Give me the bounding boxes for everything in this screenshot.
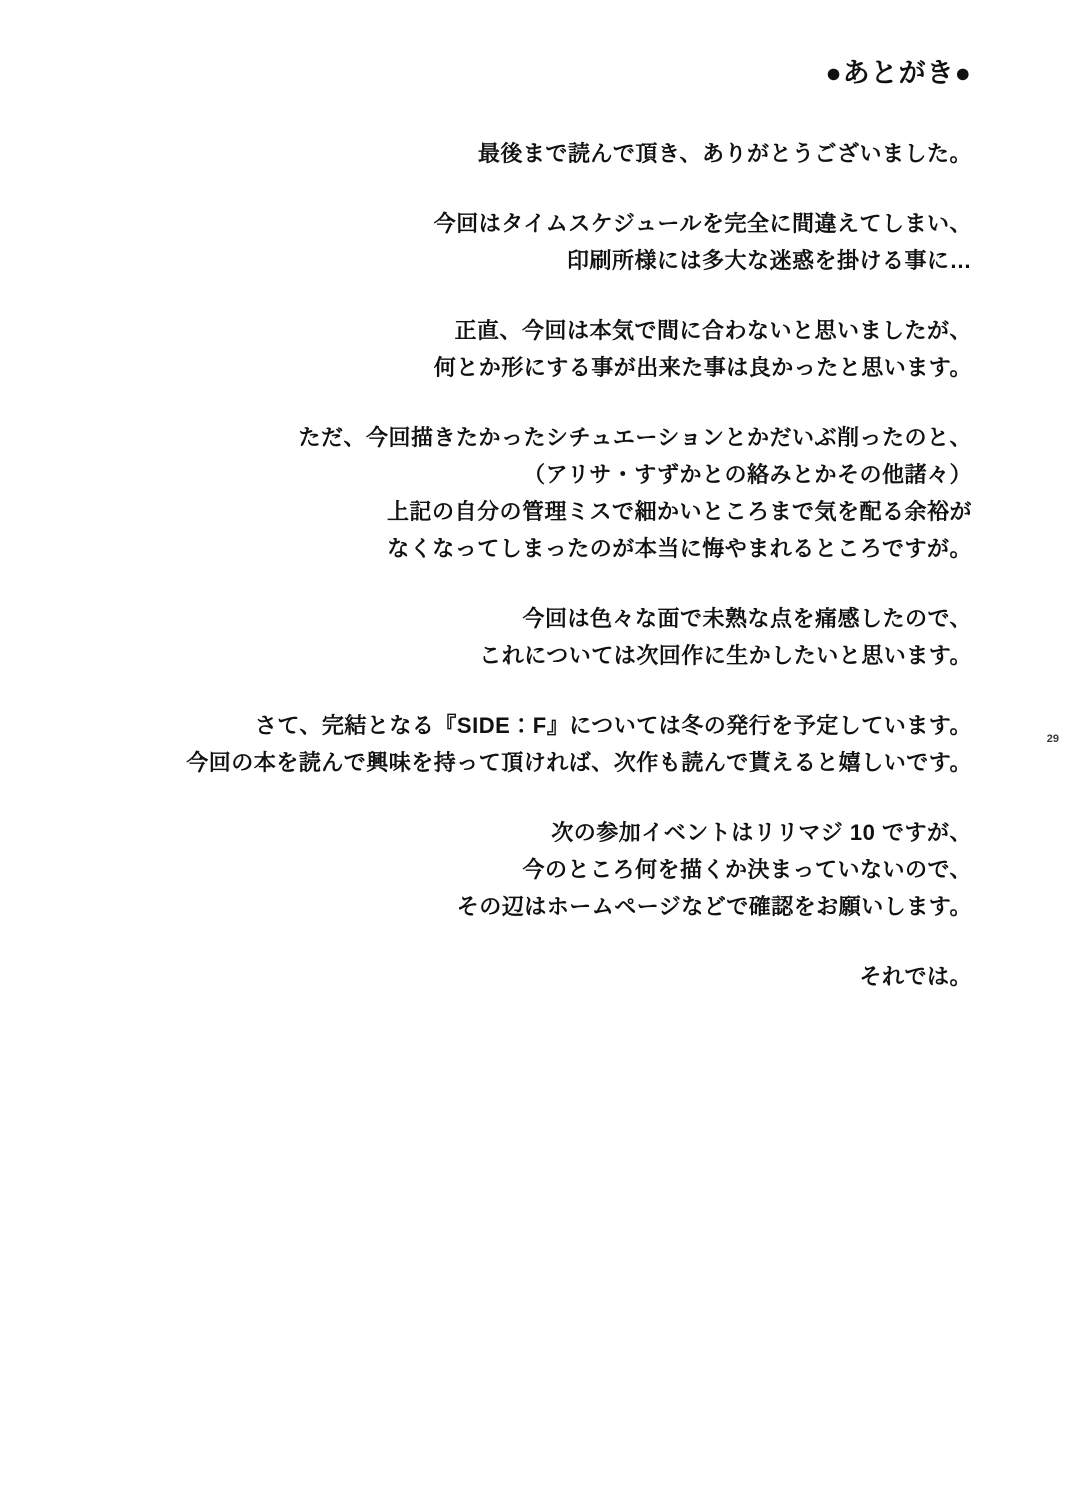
afterword-line: その辺はホームページなどで確認をお願いします。: [50, 888, 972, 925]
afterword-line: 今のところ何を描くか決まっていないので、: [50, 851, 972, 888]
paragraph-thanks: 最後まで読んで頂き、ありがとうございました。: [50, 135, 972, 172]
paragraph-next-book: さて、完結となる『SIDE：F』については冬の発行を予定しています。 今回の本を…: [50, 707, 972, 781]
afterword-line: それでは。: [50, 958, 972, 995]
afterword-line: なくなってしまったのが本当に悔やまれるところですが。: [50, 530, 972, 567]
paragraph-cut-content: ただ、今回描きたかったシチュエーションとかだいぶ削ったのと、 （アリサ・すずかと…: [50, 419, 972, 567]
afterword-line: 次の参加イベントはリリマジ 10 ですが、: [50, 814, 972, 851]
afterword-line: ただ、今回描きたかったシチュエーションとかだいぶ削ったのと、: [50, 419, 972, 456]
paragraph-deadline: 正直、今回は本気で間に合わないと思いましたが、 何とか形にする事が出来た事は良か…: [50, 312, 972, 386]
afterword-line: 正直、今回は本気で間に合わないと思いましたが、: [50, 312, 972, 349]
paragraph-reflection: 今回は色々な面で未熟な点を痛感したので、 これについては次回作に生かしたいと思い…: [50, 600, 972, 674]
afterword-page: ●あとがき● 最後まで読んで頂き、ありがとうございました。 今回はタイムスケジュ…: [0, 0, 1072, 1500]
afterword-line: これについては次回作に生かしたいと思います。: [50, 637, 972, 674]
afterword-line: 今回の本を読んで興味を持って頂ければ、次作も読んで貰えると嬉しいです。: [50, 744, 972, 781]
paragraph-next-event: 次の参加イベントはリリマジ 10 ですが、 今のところ何を描くか決まっていないの…: [50, 814, 972, 925]
afterword-line: 上記の自分の管理ミスで細かいところまで気を配る余裕が: [50, 493, 972, 530]
page-title: ●あとがき●: [50, 55, 972, 91]
afterword-line: 印刷所様には多大な迷惑を掛ける事に…: [50, 242, 972, 279]
afterword-line: 今回はタイムスケジュールを完全に間違えてしまい、: [50, 205, 972, 242]
paragraph-schedule: 今回はタイムスケジュールを完全に間違えてしまい、 印刷所様には多大な迷惑を掛ける…: [50, 205, 972, 279]
afterword-line: さて、完結となる『SIDE：F』については冬の発行を予定しています。: [50, 707, 972, 744]
afterword-content: ●あとがき● 最後まで読んで頂き、ありがとうございました。 今回はタイムスケジュ…: [50, 55, 972, 995]
afterword-line: （アリサ・すずかとの絡みとかその他諸々）: [50, 456, 972, 493]
afterword-line: 最後まで読んで頂き、ありがとうございました。: [50, 135, 972, 172]
afterword-line: 今回は色々な面で未熟な点を痛感したので、: [50, 600, 972, 637]
afterword-line: 何とか形にする事が出来た事は良かったと思います。: [50, 349, 972, 386]
paragraph-closing: それでは。: [50, 958, 972, 995]
page-number: 29: [1047, 732, 1059, 746]
